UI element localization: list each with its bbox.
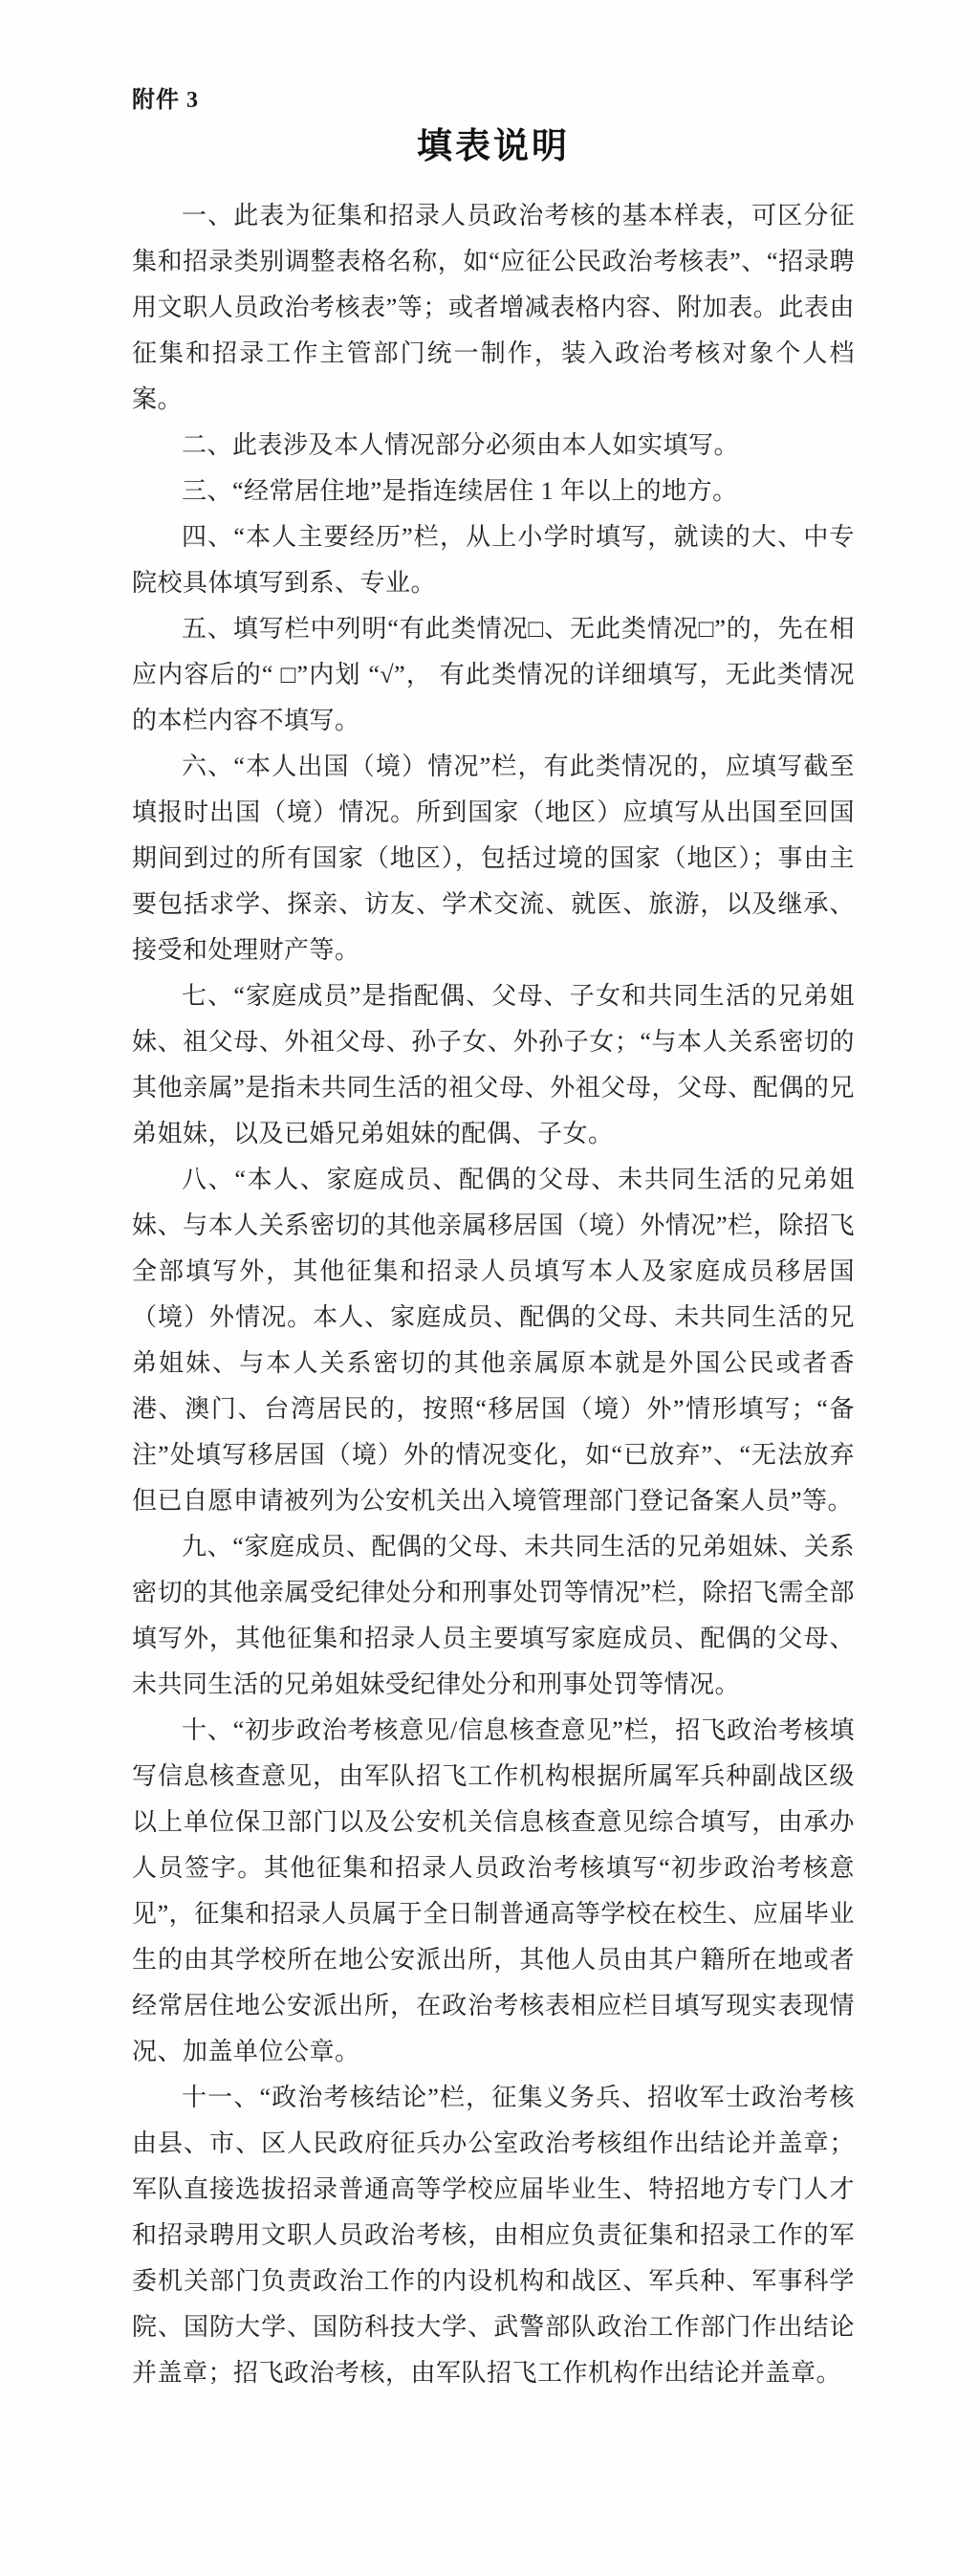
instruction-paragraph-11: 十一、“政治考核结论”栏，征集义务兵、招收军士政治考核由县、市、区人民政府征兵办…	[132, 2075, 855, 2396]
instruction-paragraph-7: 七、“家庭成员”是指配偶、父母、子女和共同生活的兄弟姐妹、祖父母、外祖父母、孙子…	[132, 973, 855, 1157]
instruction-paragraph-10: 十、“初步政治考核意见/信息核查意见”栏，招飞政治考核填写信息核查意见，由军队招…	[132, 1708, 855, 2075]
instruction-paragraph-5: 五、填写栏中列明“有此类情况□、无此类情况□”的，先在相应内容后的“ □”内划 …	[132, 606, 855, 744]
instruction-paragraph-4: 四、“本人主要经历”栏，从上小学时填写，就读的大、中专院校具体填写到系、专业。	[132, 514, 855, 606]
instructions-body: 一、此表为征集和招录人员政治考核的基本样表，可区分征集和招录类别调整表格名称，如…	[132, 193, 855, 2396]
instruction-paragraph-3: 三、“经常居住地”是指连续居住 1 年以上的地方。	[132, 469, 855, 514]
document-page: 附件 3 填表说明 一、此表为征集和招录人员政治考核的基本样表，可区分征集和招录…	[0, 0, 979, 2576]
instruction-paragraph-9: 九、“家庭成员、配偶的父母、未共同生活的兄弟姐妹、关系密切的其他亲属受纪律处分和…	[132, 1524, 855, 1708]
page-title: 填表说明	[132, 128, 855, 166]
attachment-label: 附件 3	[132, 88, 855, 113]
instruction-paragraph-6: 六、“本人出国（境）情况”栏，有此类情况的，应填写截至填报时出国（境）情况。所到…	[132, 744, 855, 973]
instruction-paragraph-2: 二、此表涉及本人情况部分必须由本人如实填写。	[132, 423, 855, 469]
instruction-paragraph-8: 八、“本人、家庭成员、配偶的父母、未共同生活的兄弟姐妹、与本人关系密切的其他亲属…	[132, 1157, 855, 1524]
instruction-paragraph-1: 一、此表为征集和招录人员政治考核的基本样表，可区分征集和招录类别调整表格名称，如…	[132, 193, 855, 423]
